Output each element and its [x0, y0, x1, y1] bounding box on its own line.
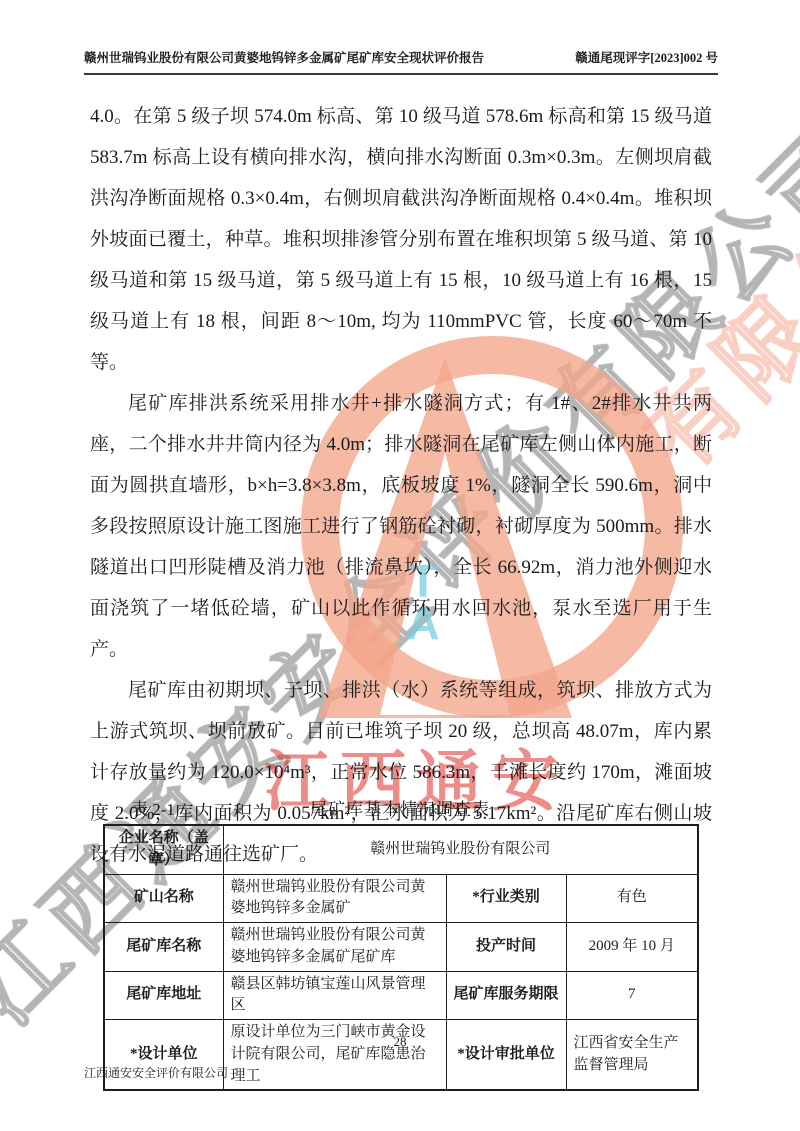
- table-row: 尾矿库地址 赣县区韩坊镇宝莲山风景管理区 尾矿库服务期限 7: [104, 971, 698, 1020]
- cell-production-date-value: 2009 年 10 月: [566, 923, 698, 972]
- table-row: 企业名称（盖章） 赣州世瑞钨业股份有限公司: [104, 825, 698, 874]
- cell-industry-category-value: 有色: [566, 874, 698, 923]
- table-caption-title: 尾矿库基本情况调查表: [103, 795, 697, 820]
- cell-service-period-label: 尾矿库服务期限: [446, 971, 566, 1020]
- cell-design-approval-value: 江西省安全生产监督管理局: [566, 1020, 698, 1091]
- paragraph-flood-discharge-system: 尾矿库排洪系统采用排水井+排水隧洞方式；有 1#、2#排水井共两座，二个排水井井…: [90, 383, 712, 670]
- cell-mine-name-label: 矿山名称: [104, 874, 223, 923]
- tailings-pond-info-table: 企业名称（盖章） 赣州世瑞钨业股份有限公司 矿山名称 赣州世瑞钨业股份有限公司黄…: [103, 824, 699, 1091]
- paragraph-drainage-continued: 4.0。在第 5 级子坝 574.0m 标高、第 10 级马道 578.6m 标…: [90, 96, 712, 383]
- header-report-title: 赣州世瑞钨业股份有限公司黄婆地钨锌多金属矿尾矿库安全现状评价报告: [84, 48, 484, 66]
- table-row: 尾矿库名称 赣州世瑞钨业股份有限公司黄婆地钨锌多金属矿尾矿库 投产时间 2009…: [104, 923, 698, 972]
- header-doc-number: 赣通尾现评字[2023]002 号: [575, 48, 718, 66]
- table-row: 矿山名称 赣州世瑞钨业股份有限公司黄婆地钨锌多金属矿 *行业类别 有色: [104, 874, 698, 923]
- report-page: 江西通安安全评价有限公司 有限公司 T A 江西通安 赣州世瑞钨业股份有限公司黄…: [0, 0, 800, 1131]
- cell-pond-name-label: 尾矿库名称: [104, 923, 223, 972]
- cell-industry-category-label: *行业类别: [446, 874, 566, 923]
- page-number: 28: [0, 1034, 800, 1050]
- cell-mine-name-value: 赣州世瑞钨业股份有限公司黄婆地钨锌多金属矿: [223, 874, 446, 923]
- cell-enterprise-name-label: 企业名称（盖章）: [104, 825, 223, 874]
- page-header: 赣州世瑞钨业股份有限公司黄婆地钨锌多金属矿尾矿库安全现状评价报告 赣通尾现评字[…: [84, 48, 718, 75]
- cell-pond-name-value: 赣州世瑞钨业股份有限公司黄婆地钨锌多金属矿尾矿库: [223, 923, 446, 972]
- cell-service-period-value: 7: [566, 971, 698, 1020]
- cell-design-unit-value: 原设计单位为三门峡市黄金设计院有限公司，尾矿库隐患治理工: [223, 1020, 446, 1091]
- footer-company-name: 江西通安安全评价有限公司: [84, 1064, 228, 1081]
- table-caption: 表 2-1 尾矿库基本情况调查表: [103, 795, 697, 821]
- cell-pond-address-label: 尾矿库地址: [104, 971, 223, 1020]
- cell-pond-address-value: 赣县区韩坊镇宝莲山风景管理区: [223, 971, 446, 1020]
- cell-design-approval-label: *设计审批单位: [446, 1020, 566, 1091]
- cell-production-date-label: 投产时间: [446, 923, 566, 972]
- body-text: 4.0。在第 5 级子坝 574.0m 标高、第 10 级马道 578.6m 标…: [90, 96, 712, 875]
- cell-enterprise-name-value: 赣州世瑞钨业股份有限公司: [223, 825, 698, 874]
